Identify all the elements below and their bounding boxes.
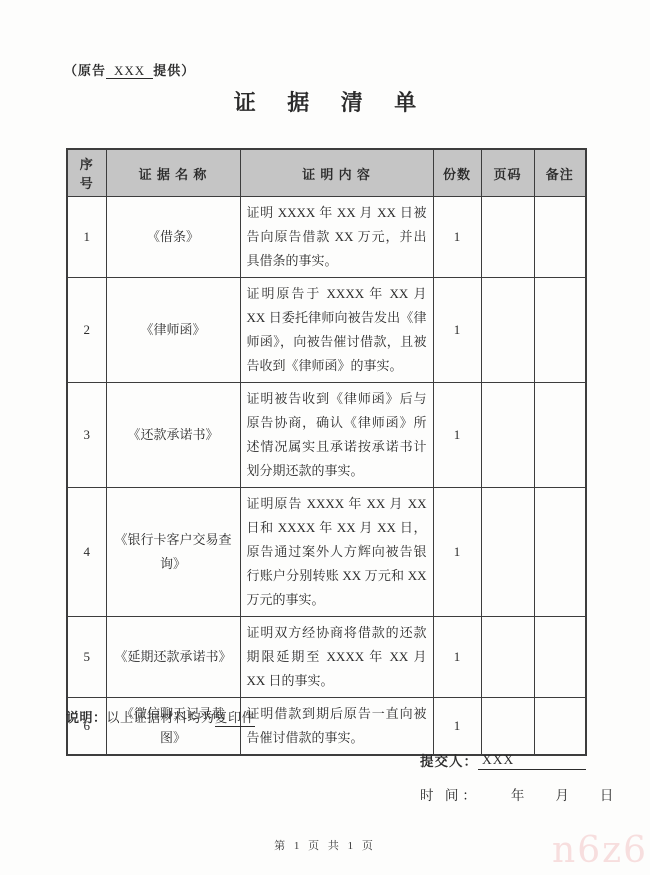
cell-note <box>534 617 586 698</box>
provider-prefix: （原告 <box>64 63 106 78</box>
note-line: 说明：以上证据材料均为复印件 <box>66 707 255 726</box>
cell-page <box>481 488 534 617</box>
submitter-label: 提交人： <box>420 750 478 770</box>
cell-no: 3 <box>67 383 106 488</box>
cell-note <box>534 197 586 278</box>
cell-page <box>481 617 534 698</box>
evidence-table: 序号 证 据 名 称 证 明 内 容 份数 页码 备注 1 《借条》 证明 XX… <box>66 148 587 756</box>
header-no: 序号 <box>67 149 106 197</box>
table-row: 1 《借条》 证明 XXXX 年 XX 月 XX 日被告向原告借款 XX 万元，… <box>67 197 586 278</box>
provider-suffix: 提供） <box>153 63 195 78</box>
submitter-value: XXX <box>478 752 586 770</box>
cell-content: 证明原告 XXXX 年 XX 月 XX 日和 XXXX 年 XX 月 XX 日，… <box>240 488 433 617</box>
cell-name: 《借条》 <box>106 197 240 278</box>
cell-note <box>534 488 586 617</box>
cell-no: 1 <box>67 197 106 278</box>
cell-no: 2 <box>67 278 106 383</box>
cell-copies: 1 <box>433 488 481 617</box>
cell-note <box>534 698 586 756</box>
header-content: 证 明 内 容 <box>240 149 433 197</box>
watermark: n6z6 <box>552 830 648 871</box>
provider-line: （原告XXX提供） <box>64 60 195 79</box>
signature-block: 提交人： XXX 时 间： 年 月 日 <box>420 750 586 804</box>
header-page: 页码 <box>481 149 534 197</box>
year-label: 年 <box>511 784 525 804</box>
evidence-table-body: 1 《借条》 证明 XXXX 年 XX 月 XX 日被告向原告借款 XX 万元，… <box>67 197 586 756</box>
cell-page <box>481 383 534 488</box>
cell-copies: 1 <box>433 698 481 756</box>
cell-content: 证明被告收到《律师函》后与原告协商，确认《律师函》所述情况属实且承诺按承诺书计划… <box>240 383 433 488</box>
provider-name: XXX <box>106 63 153 79</box>
cell-no: 4 <box>67 488 106 617</box>
cell-name: 《延期还款承诺书》 <box>106 617 240 698</box>
cell-name: 《律师函》 <box>106 278 240 383</box>
cell-content: 证明借款到期后原告一直向被告催讨借款的事实。 <box>240 698 433 756</box>
cell-name: 《银行卡客户交易查询》 <box>106 488 240 617</box>
cell-content: 证明双方经协商将借款的还款期限延期至 XXXX 年 XX 月 XX 日的事实。 <box>240 617 433 698</box>
cell-page <box>481 278 534 383</box>
note-label: 说明： <box>66 710 107 725</box>
month-label: 月 <box>555 784 569 804</box>
table-row: 3 《还款承诺书》 证明被告收到《律师函》后与原告协商，确认《律师函》所述情况属… <box>67 383 586 488</box>
cell-page <box>481 698 534 756</box>
header-copies: 份数 <box>433 149 481 197</box>
note-text: 以上证据材料均为 <box>107 710 215 725</box>
cell-copies: 1 <box>433 278 481 383</box>
table-row: 4 《银行卡客户交易查询》 证明原告 XXXX 年 XX 月 XX 日和 XXX… <box>67 488 586 617</box>
table-row: 5 《延期还款承诺书》 证明双方经协商将借款的还款期限延期至 XXXX 年 XX… <box>67 617 586 698</box>
document-page: （原告XXX提供） 证 据 清 单 序号 证 据 名 称 证 明 内 容 份数 … <box>0 0 650 875</box>
time-label: 时 间： <box>420 784 480 804</box>
cell-no: 5 <box>67 617 106 698</box>
evidence-table-header: 序号 证 据 名 称 证 明 内 容 份数 页码 备注 <box>67 149 586 197</box>
cell-note <box>534 278 586 383</box>
header-note: 备注 <box>534 149 586 197</box>
cell-copies: 1 <box>433 197 481 278</box>
cell-note <box>534 383 586 488</box>
header-name: 证 据 名 称 <box>106 149 240 197</box>
cell-copies: 1 <box>433 617 481 698</box>
note-underlined-text: 复印件 <box>215 710 256 727</box>
cell-copies: 1 <box>433 383 481 488</box>
page-title: 证 据 清 单 <box>0 86 650 117</box>
cell-page <box>481 197 534 278</box>
cell-name: 《还款承诺书》 <box>106 383 240 488</box>
cell-content: 证明 XXXX 年 XX 月 XX 日被告向原告借款 XX 万元，并出具借条的事… <box>240 197 433 278</box>
table-row: 2 《律师函》 证明原告于 XXXX 年 XX 月 XX 日委托律师向被告发出《… <box>67 278 586 383</box>
cell-content: 证明原告于 XXXX 年 XX 月 XX 日委托律师向被告发出《律师函》，向被告… <box>240 278 433 383</box>
time-row: 时 间： 年 月 日 <box>420 784 586 804</box>
day-label: 日 <box>600 784 614 804</box>
submitter-row: 提交人： XXX <box>420 750 586 770</box>
